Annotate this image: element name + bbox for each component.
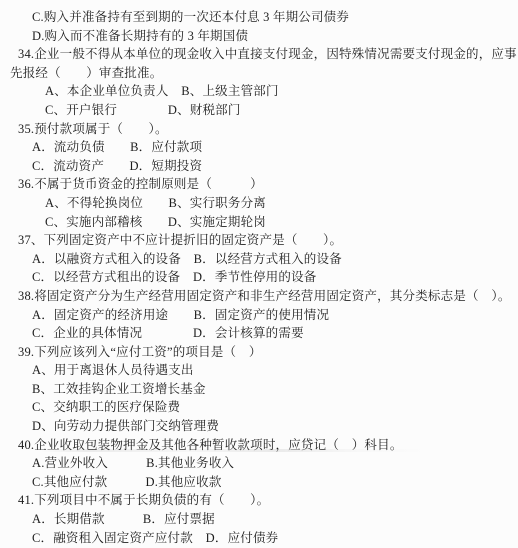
text-line: A．长期借款 B．应付票据 [32, 510, 518, 529]
question-line: 38.将固定资产分为生产经营用固定资产和非生产经营用固定资产，其分类标志是（ ）… [18, 287, 518, 306]
text-line: D、向劳动力提供部门交纳管理费 [32, 417, 518, 436]
text-line: A、本企业单位负责人 B、上级主管部门 [45, 82, 518, 101]
text-line: A.营业外收入 B.其他业务收入 [32, 454, 518, 473]
text-line: A．流动负债 B．应付款项 [32, 138, 518, 157]
text-line: C．以经营方式租出的设备 D．季节性停用的设备 [32, 268, 518, 287]
text-line: A、用于离退休人员待遇支出 [32, 361, 518, 380]
text-line: A、不得轮换岗位 B、实行职务分离 [45, 194, 518, 213]
text-line: C、交纳职工的医疗保险费 [32, 398, 518, 417]
question-line: 34.企业一般不得从本单位的现金收入中直接支付现金，因特殊情况需要支付现金的，应… [18, 45, 518, 64]
text-line: A．固定资产的经济用途 B．固定资产的使用情况 [32, 306, 518, 325]
exam-text-block: C.购入并准备持有至到期的一次还本付息 3 年期公司债券D.购入而不准备长期持有… [0, 8, 518, 547]
question-line: 41.下列项目中不属于长期负债的有（ ）。 [18, 491, 518, 510]
text-line: C.其他应付款 D.其他应收款 [32, 473, 518, 492]
question-line: 39.下列应该列入“应付工资”的项目是（ ） [18, 343, 518, 362]
question-line: 37、下列固定资产中不应计提折旧的固定资产是（ ）。 [18, 231, 518, 250]
text-line: D.购入而不准备长期持有的 3 年期国债 [32, 27, 518, 46]
text-line: C．融资租入固定资产应付款 D．应付债券 [32, 529, 518, 548]
text-line: C．流动资产 D．短期投资 [32, 157, 518, 176]
text-line: B、工效挂钩企业工资增长基金 [32, 380, 518, 399]
question-line: 36.不属于货币资金的控制原则是（ ） [18, 175, 518, 194]
question-line: 40.企业收取包装物押金及其他各种暂收款项时，应贷记（ ）科目。 [18, 436, 518, 455]
text-line: C、开户银行 D、财税部门 [45, 101, 518, 120]
text-line: A．以融资方式租入的设备 B．以经营方式租入的设备 [32, 250, 518, 269]
text-line: C．企业的具体情况 D．会计核算的需要 [32, 324, 518, 343]
scanned-exam-page: C.购入并准备持有至到期的一次还本付息 3 年期公司债券D.购入而不准备长期持有… [0, 0, 518, 548]
text-line: C.购入并准备持有至到期的一次还本付息 3 年期公司债券 [32, 8, 518, 27]
text-line: C、实施内部稽核 D、实施定期轮岗 [45, 213, 518, 232]
question-line: 35.预付款项属于（ ）。 [18, 120, 518, 139]
text-line: 先报经（ ）审查批准。 [10, 64, 518, 83]
